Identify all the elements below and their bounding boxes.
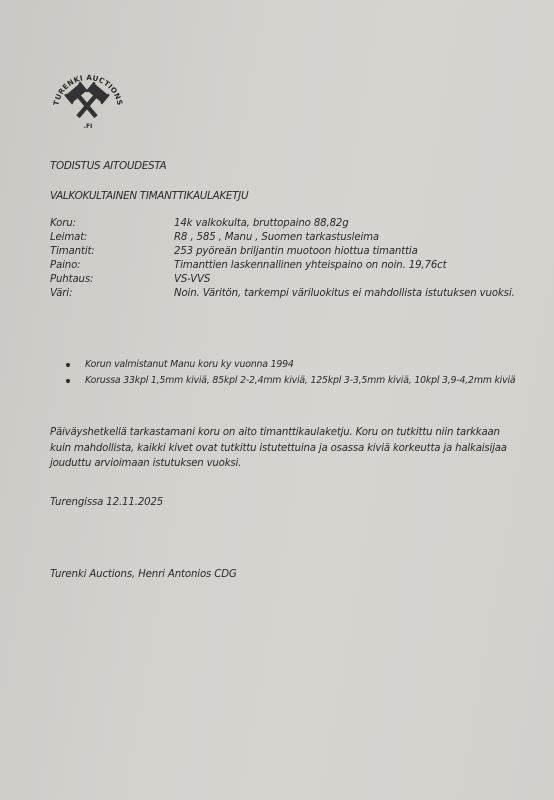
spec-label: Leimat:: [50, 232, 87, 243]
certificate-page: TURENKI AUCTIONS .FI TODISTUS AITOUDESTA…: [0, 0, 554, 800]
turenki-auctions-logo: TURENKI AUCTIONS .FI: [50, 66, 124, 130]
list-item: Korussa 33kpl 1,5mm kiviä, 85kpl 2-2,4mm…: [64, 373, 515, 389]
list-item: Korun valmistanut Manu koru ky vuonna 19…: [64, 357, 515, 373]
spec-label: Timantit:: [50, 246, 95, 257]
spec-label: Väri:: [50, 288, 72, 299]
spec-value: Timanttien laskennallinen yhteispaino on…: [174, 260, 446, 271]
place-date: Turengissa 12.11.2025: [50, 497, 163, 508]
document-title: TODISTUS AITOUDESTA: [50, 160, 166, 172]
spec-value: VS-VVS: [174, 274, 210, 285]
document-subtitle: VALKOKULTAINEN TIMANTTIKAULAKETJU: [50, 190, 248, 202]
spec-label: Puhtaus:: [50, 274, 93, 285]
spec-label: Koru:: [50, 218, 76, 229]
logo-domain-text: .FI: [84, 123, 93, 130]
statement-paragraph: Päiväyshetkellä tarkastamani koru on ait…: [50, 425, 520, 472]
spec-value: 253 pyöreän briljantin muotoon hiottua t…: [174, 246, 418, 257]
spec-value: R8 , 585 , Manu , Suomen tarkastusleima: [174, 232, 379, 243]
crossed-gavels-icon: [64, 82, 110, 124]
signature: Turenki Auctions, Henri Antonios CDG: [50, 569, 237, 580]
spec-label: Paino:: [50, 260, 80, 271]
details-list: Korun valmistanut Manu koru ky vuonna 19…: [64, 357, 515, 389]
spec-value: 14k valkokulta, bruttopaino 88,82g: [174, 218, 349, 229]
spec-value: Noin. Väritön, tarkempi väriluokitus ei …: [174, 288, 515, 299]
